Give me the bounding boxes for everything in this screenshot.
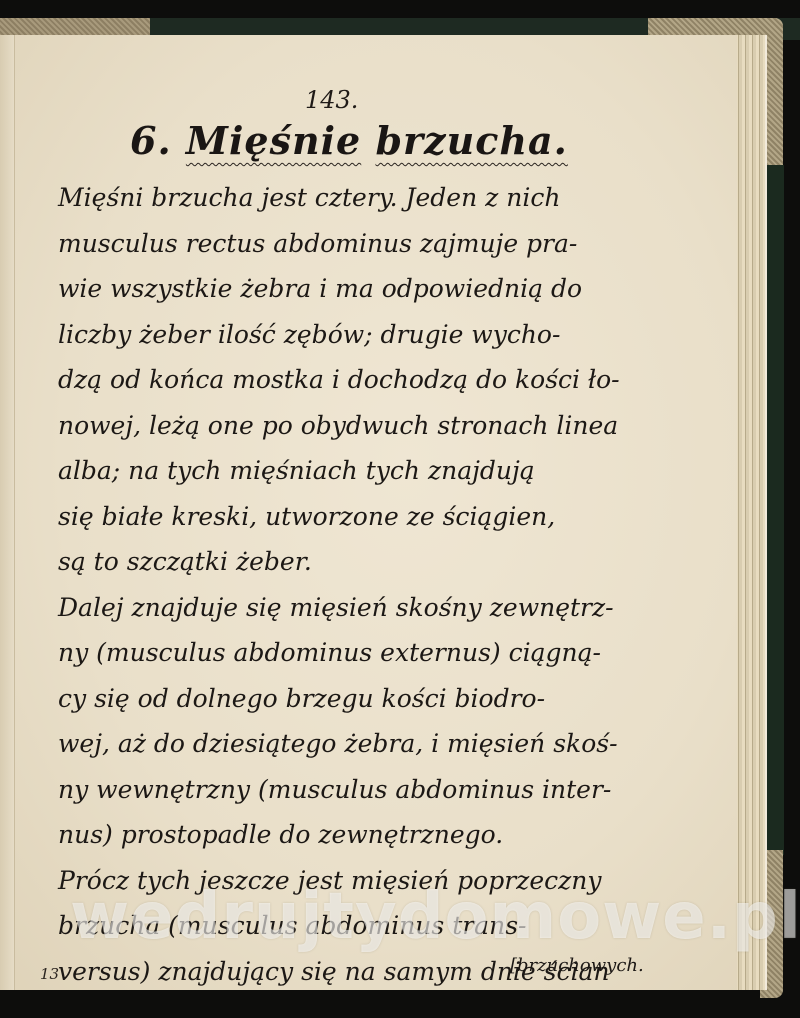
- text-line: się białe kreski, utworzone ze ściągien,: [58, 494, 728, 540]
- text-line: musculus rectus abdominus zajmuje pra-: [58, 221, 728, 267]
- cloth-binding-top-left: [0, 18, 150, 36]
- text-line: dzą od końca mostka i dochodzą do kości …: [58, 357, 728, 403]
- heading-word-2: brzucha.: [375, 118, 567, 163]
- corner-mark: 13: [40, 965, 59, 983]
- text-line: cy się od dolnego brzegu kości biodro-: [58, 676, 728, 722]
- page-edges: [735, 35, 767, 990]
- text-line: brzucha (musculus abdominus trans-: [58, 903, 728, 949]
- text-line: Prócz tych jeszcze jest mięsień poprzecz…: [58, 858, 728, 904]
- book-cover-right: [764, 165, 784, 855]
- handwritten-body: Mięśni brzucha jest cztery. Jeden z nich…: [58, 175, 728, 994]
- page-number: 143.: [305, 86, 358, 114]
- text-line: Dalej znajduje się mięsień skośny zewnęt…: [58, 585, 728, 631]
- text-line: są to szczątki żeber.: [58, 539, 728, 585]
- section-number: 6.: [130, 118, 172, 163]
- text-line: liczby żeber ilość zębów; drugie wycho-: [58, 312, 728, 358]
- text-line: nowej, leżą one po obydwuch stronach lin…: [58, 403, 728, 449]
- heading-word-1: Mięśnie: [186, 118, 361, 163]
- text-line: nus) prostopadle do zewnętrznego.: [58, 812, 728, 858]
- text-line: wie wszystkie żebra i ma odpowiednią do: [58, 266, 728, 312]
- section-heading: 6. Mięśnie brzucha.: [130, 118, 568, 163]
- text-line: Mięśni brzucha jest cztery. Jeden z nich: [58, 175, 728, 221]
- text-line: ny wewnętrzny (musculus abdominus inter-: [58, 767, 728, 813]
- page-gutter: [0, 35, 15, 990]
- margin-continuation: [brzuchowych.: [510, 955, 644, 976]
- text-line: wej, aż do dziesiątego żebra, i mięsień …: [58, 721, 728, 767]
- text-line: ny (musculus abdominus externus) ciągną-: [58, 630, 728, 676]
- text-line: alba; na tych mięśniach tych znajdują: [58, 448, 728, 494]
